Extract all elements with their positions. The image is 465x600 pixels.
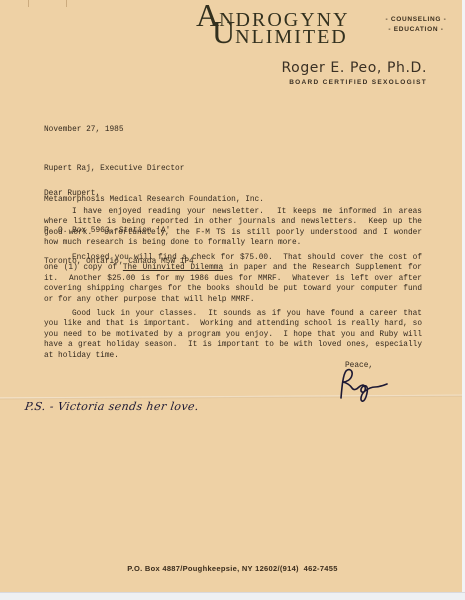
person-credential: BOARD CERTIFIED SEXOLOGIST	[289, 79, 427, 86]
paragraph-2: Enclosed you will find a check for $75.0…	[44, 253, 422, 305]
education-label: - EDUCATION -	[372, 25, 460, 35]
signature-stroke	[341, 370, 387, 402]
scan-edge-bottom	[0, 592, 465, 600]
salutation: Dear Rupert,	[44, 189, 100, 199]
paragraph-3: Good luck in your classes. It sounds as …	[44, 309, 422, 361]
org-initial-u: U	[212, 14, 235, 50]
letter-scan: ANDROGYNY UNLIMITED - COUNSELING - - EDU…	[0, 0, 465, 600]
date-line: November 27, 1985	[44, 125, 124, 135]
signature-handwriting	[333, 367, 389, 405]
fold-mark	[28, 0, 29, 7]
footer-address: P.O. Box 4887/Poughkeepsie, NY 12602/(91…	[0, 564, 465, 573]
paragraph-1: I have enjoyed reading your newsletter. …	[44, 207, 422, 249]
fold-line	[0, 395, 465, 400]
org-rest-nlimited: NLIMITED	[235, 26, 348, 48]
book-title-underlined: The Uninvited Dilemma	[123, 264, 223, 272]
org-name-line2: UNLIMITED	[212, 22, 348, 47]
counseling-label: - COUNSELING -	[372, 15, 460, 25]
fold-mark	[66, 0, 67, 7]
services-list: - COUNSELING - - EDUCATION -	[372, 15, 460, 35]
postscript-handwriting: P.S. - Victoria sends her love.	[24, 400, 200, 413]
person-name: Roger E. Peo, Ph.D.	[281, 60, 427, 76]
recipient-line: Rupert Raj, Executive Director	[44, 164, 264, 174]
